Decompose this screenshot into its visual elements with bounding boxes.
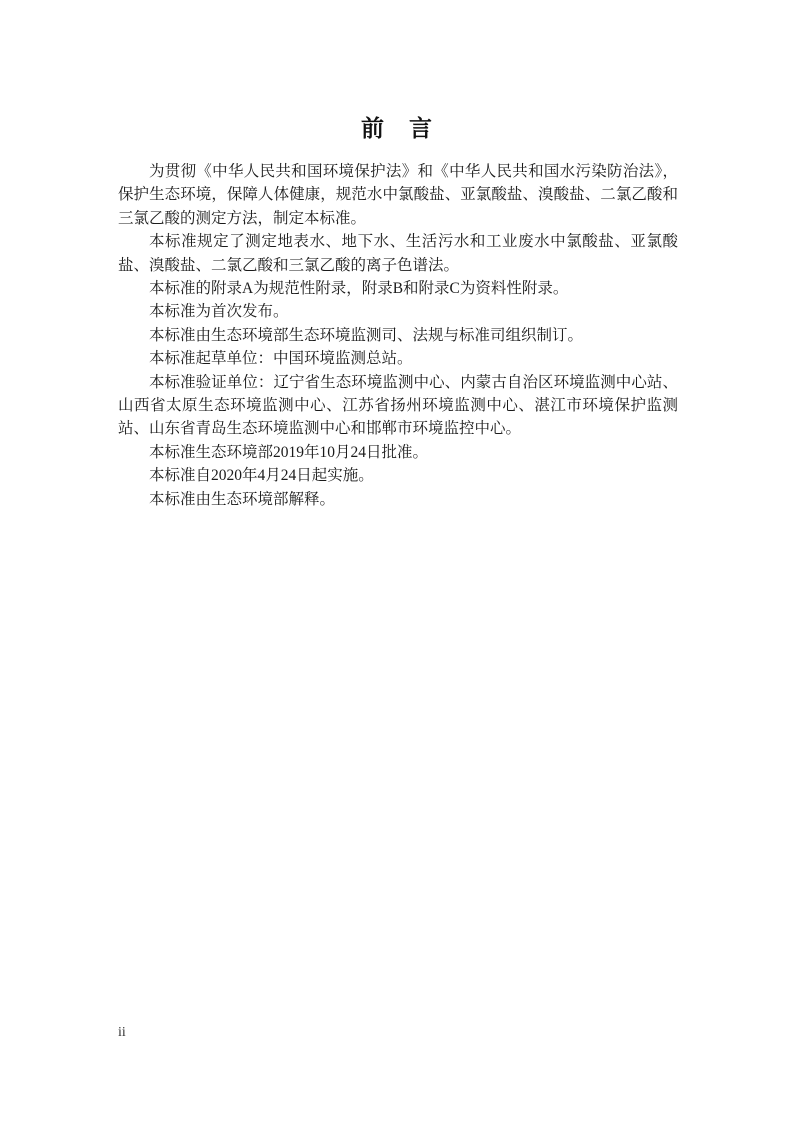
paragraph-effective-date: 本标准自2020年4月24日起实施。 (118, 464, 678, 487)
document-body: 为贯彻《中华人民共和国环境保护法》和《中华人民共和国水污染防治法》，保护生态环境… (118, 160, 678, 511)
page-number: ii (118, 1025, 126, 1041)
paragraph-approval-date: 本标准生态环境部2019年10月24日批准。 (118, 441, 678, 464)
document-page: 前 言 为贯彻《中华人民共和国环境保护法》和《中华人民共和国水污染防治法》，保护… (0, 0, 794, 1123)
page-title: 前 言 (0, 110, 794, 143)
paragraph-interpretation: 本标准由生态环境部解释。 (118, 488, 678, 511)
paragraph-scope: 本标准规定了测定地表水、地下水、生活污水和工业废水中氯酸盐、亚氯酸盐、溴酸盐、二… (118, 230, 678, 277)
paragraph-organizer: 本标准由生态环境部生态环境监测司、法规与标准司组织制订。 (118, 324, 678, 347)
paragraph-first-release: 本标准为首次发布。 (118, 300, 678, 323)
paragraph-appendices: 本标准的附录A为规范性附录，附录B和附录C为资料性附录。 (118, 277, 678, 300)
paragraph-drafting-unit: 本标准起草单位：中国环境监测总站。 (118, 347, 678, 370)
paragraph-verification-units: 本标准验证单位：辽宁省生态环境监测中心、内蒙古自治区环境监测中心站、山西省太原生… (118, 371, 678, 441)
paragraph-purpose: 为贯彻《中华人民共和国环境保护法》和《中华人民共和国水污染防治法》，保护生态环境… (118, 160, 678, 230)
